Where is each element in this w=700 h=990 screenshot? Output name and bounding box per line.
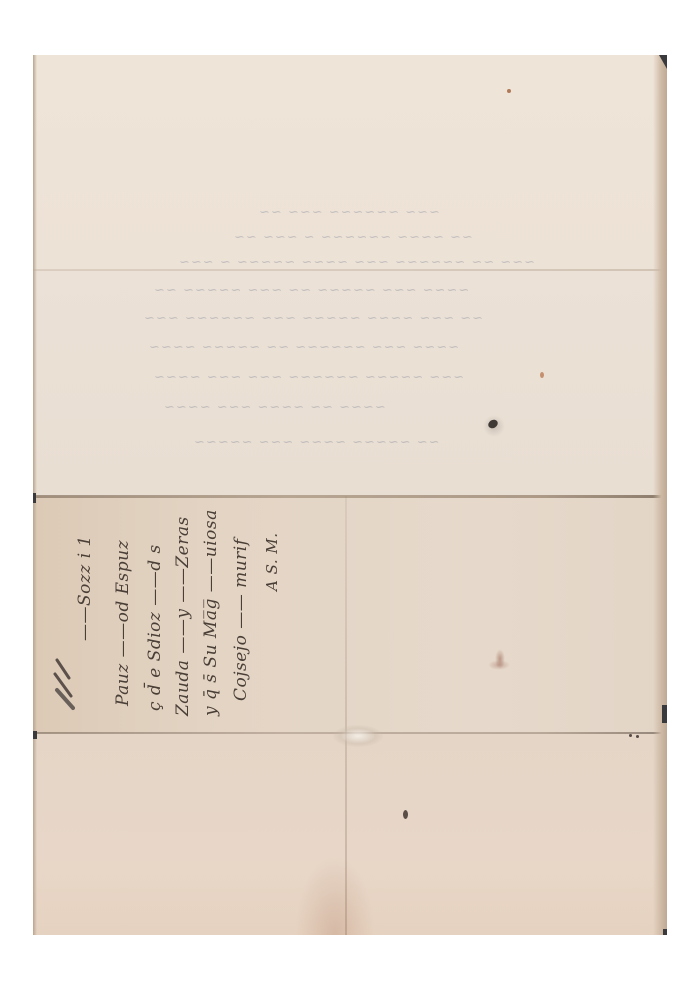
manuscript-page: ~~~ ~~~~~~ ~~~ ~~ ~~ ~~~~ ~~~~~~ ~ ~~~ ~… [33,55,667,935]
bleed-through-line: ~~~~ ~~ ~~~~ ~~~ ~~~~ [163,400,386,415]
torn-edge [663,929,667,935]
foxing-spot [507,89,511,93]
bleed-through-line: ~~ ~~~~~ ~~~~ ~~~ ~~~~~ [193,435,440,450]
endorsement-line: ——Sozz i 1 [75,535,95,641]
endorsement-line: y q̄ s̄ Su Ma̅g̅ ——uiosa [201,509,221,716]
endorsement-line: Pauz ——od Espuz [113,540,133,706]
bleed-through-line: ~~~~ ~~~ ~~~~~~ ~~ ~~~~~ ~~~~ [148,340,459,355]
torn-edge [33,493,36,503]
water-stain [295,855,375,935]
bleed-through-line: ~~ ~~~~ ~~~~~~ ~ ~~~ ~~ [233,230,473,245]
ink-spot [403,810,408,819]
bleed-through-line: ~~~ ~~~~~~ ~~~ ~~ [258,205,440,220]
endorsement-line: Zauda ——y ——Zeras [173,516,193,716]
signature-flourish-icon [53,656,75,712]
rust-stain [488,660,510,670]
ink-spot [636,735,639,738]
endorsement-line: ç d̄ e Sdioz ——d s [145,544,165,711]
page-edge-right [653,55,667,935]
bleed-through-line: ~~~ ~~~~~ ~~~~~~ ~~~ ~~~ ~~~~ [153,370,464,385]
fold-line [33,495,667,498]
endorsement-line: A S. M. [263,532,281,591]
bleed-through-line: ~~~ ~~ ~~~~~~ ~~~ ~~~~ ~~~~~ ~ ~~~ [178,255,535,270]
torn-edge [662,705,667,723]
endorsement-block: A S. M. Cojsejo —— murif y q̄ s̄ Su Ma̅g… [41,501,296,729]
bleed-through-line: ~~~~ ~~~ ~~~~~ ~~ ~~~ ~~~~~ ~~ [153,283,469,298]
endorsement-line: Cojsejo —— murif [231,538,251,701]
paper-damage [333,725,383,747]
ink-spot [629,734,632,737]
foxing-spot [540,372,544,378]
bleed-through-line: ~~ ~~~ ~~~~ ~~~~~ ~~~ ~~~~~~ ~~~ [143,311,483,326]
torn-edge [33,731,37,739]
